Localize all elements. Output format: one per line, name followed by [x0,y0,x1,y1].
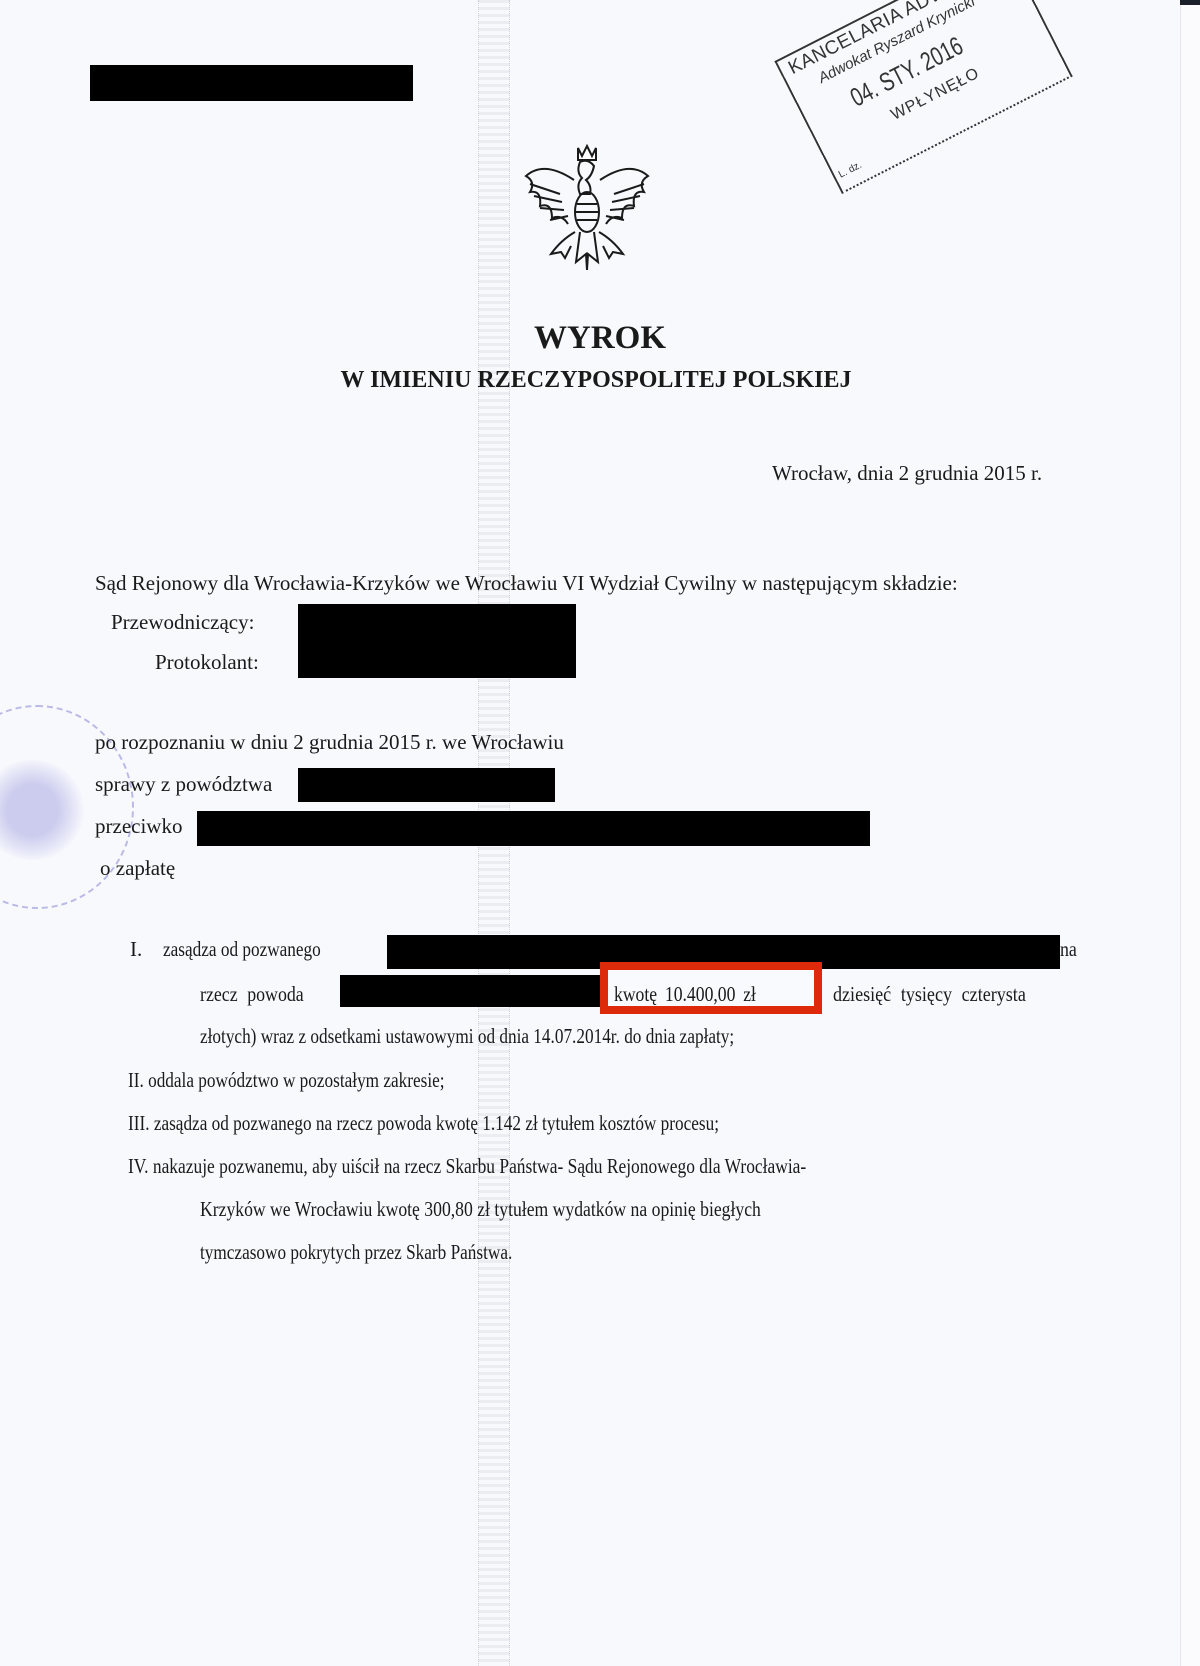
ruling-iv-line1: IV. nakazuje pozwanemu, aby uiścił na rz… [128,1156,945,1177]
place-date: Wrocław, dnia 2 grudnia 2015 r. [772,463,1042,484]
redacted-plaintiff [298,768,555,802]
ruling-i-number: I. [130,939,142,960]
stamp-number-label: L. dz. [837,160,864,181]
subject-line: o zapłatę [100,858,175,879]
scan-edge [1180,0,1200,5]
chair-label: Przewodniczący: [111,612,254,633]
ruling-iv-line3: tymczasowo pokrytych przez Skarb Państwa… [200,1242,581,1263]
redacted-defendant [197,811,870,846]
ruling-i-text-a: zasądza od pozwanego [163,939,355,960]
page-edge [1180,0,1200,1666]
redacted-composition [298,604,576,678]
hearing-line: po rozpoznaniu w dniu 2 grudnia 2015 r. … [95,732,564,753]
defendant-label: przeciwko [95,816,182,837]
ruling-i-text-b: na [1060,939,1080,960]
ruling-ii: II. oddala powództwo w pozostałym zakres… [128,1070,514,1091]
awarded-amount: kwotę 10.400,00 zł [614,984,783,1005]
redacted-case-number [90,65,413,101]
ruling-iii: III. zasądza od pozwanego na rzecz powod… [128,1113,849,1134]
clerk-label: Protokolant: [155,652,259,673]
document-title: WYROK [10,320,1190,357]
polish-eagle-emblem-icon [520,140,655,275]
ruling-i-line2-a: rzecz powoda [200,984,322,1005]
plaintiff-label: sprawy z powództwa [95,774,272,795]
amount-in-words: dziesięć tysięcy czterysta [833,984,1057,1005]
ruling-i-line3: złotych) wraz z odsetkami ustawowymi od … [200,1026,851,1047]
redacted-plaintiff-name [340,975,606,1007]
court-line: Sąd Rejonowy dla Wrocławia-Krzyków we Wr… [95,573,958,594]
document-subtitle: W IMIENIU RZECZYPOSPOLITEJ POLSKIEJ [6,367,1186,394]
ruling-iv-line2: Krzyków we Wrocławiu kwotę 300,80 zł tyt… [200,1199,868,1220]
